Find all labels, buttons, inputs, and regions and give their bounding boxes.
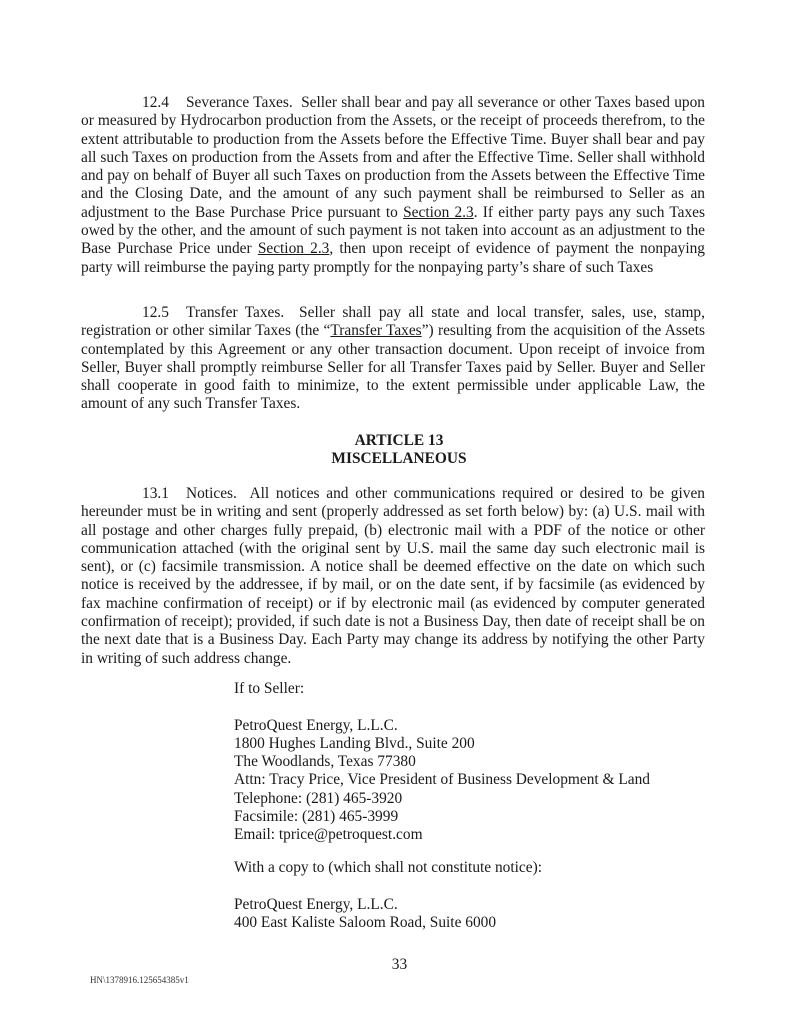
article-title: MISCELLANEOUS (81, 450, 717, 468)
email-line: Email: tprice@petroquest.com (234, 826, 650, 844)
attention-line: Attn: Tracy Price, Vice President of Bus… (234, 771, 650, 789)
section-12-4: 12.4Severance Taxes. Seller shall bear a… (81, 94, 705, 277)
section-13-1: 13.1Notices. All notices and other commu… (81, 485, 705, 668)
address-line: 1800 Hughes Landing Blvd., Suite 200 (234, 735, 650, 753)
seller-notice-address: If to Seller: PetroQuest Energy, L.L.C. … (234, 680, 650, 845)
article-number: ARTICLE 13 (81, 432, 717, 450)
section-reference-link: Section 2.3 (258, 240, 330, 257)
address-line: The Woodlands, Texas 77380 (234, 753, 650, 771)
section-reference-link: Section 2.3 (403, 204, 474, 221)
section-title: Severance Taxes. (186, 94, 293, 111)
facsimile-line: Facsimile: (281) 465-3999 (234, 808, 650, 826)
section-title: Transfer Taxes. (186, 304, 284, 321)
section-number: 12.5 (142, 304, 186, 322)
section-number: 12.4 (142, 94, 186, 112)
document-page: 12.4Severance Taxes. Seller shall bear a… (0, 0, 799, 1034)
section-text: All notices and other communications req… (81, 485, 705, 667)
article-heading: ARTICLE 13 MISCELLANEOUS (81, 432, 717, 469)
notice-label: If to Seller: (234, 680, 650, 698)
address-line: PetroQuest Energy, L.L.C. (234, 717, 650, 735)
telephone-line: Telephone: (281) 465-3920 (234, 790, 650, 808)
section-text: Seller shall bear and pay all severance … (81, 94, 705, 221)
document-id: HN\1378916.125654385v1 (90, 975, 189, 985)
defined-term: Transfer Taxes (330, 322, 421, 339)
address-line: PetroQuest Energy, L.L.C. (234, 896, 542, 914)
section-number: 13.1 (142, 485, 186, 503)
section-12-5: 12.5Transfer Taxes. Seller shall pay all… (81, 304, 705, 414)
copy-notice-address: With a copy to (which shall not constitu… (234, 859, 542, 932)
page-number: 33 (0, 956, 799, 974)
address-line: 400 East Kaliste Saloom Road, Suite 6000 (234, 914, 542, 932)
section-title: Notices. (186, 485, 237, 502)
notice-label: With a copy to (which shall not constitu… (234, 859, 542, 877)
